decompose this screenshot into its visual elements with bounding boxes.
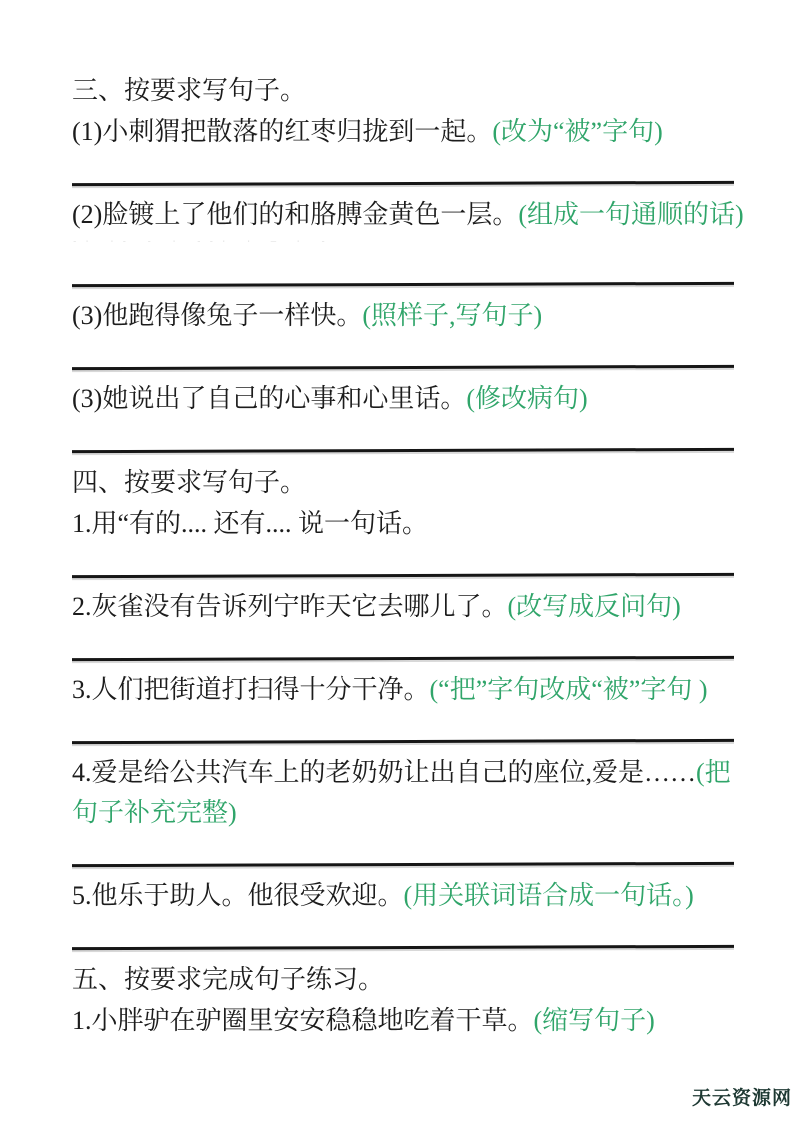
item-annotation: (照样子,写句子) [362,301,542,330]
answer-line [72,573,734,578]
faded-text-remnant: ‐· ·‐ ‐ · ‐‐· · — · ‐ [72,239,754,250]
worksheet-item: (3)他跑得像兔子一样快。(照样子,写句子) [72,296,754,336]
item-text: 1.小胖驴在驴圈里安安稳稳地吃着干草。 [72,1006,534,1035]
answer-line [72,181,734,186]
answer-line [72,282,734,287]
item-annotation: (“把”字句改成“被”字句 ) [430,675,708,704]
section-heading: 五、按要求完成句子练习。 [72,959,754,1001]
section-heading: 三、按要求写句子。 [72,70,754,112]
worksheet-item: 4.爱是给公共汽车上的老奶奶让出自己的座位,爱是……(把句子补充完整) [72,753,754,833]
item-text: 3.人们把街道打扫得十分干净。 [72,675,430,704]
section: 四、按要求写句子。1.用“有的.... 还有.... 说一句话。2.灰雀没有告诉… [72,462,754,949]
answer-line [72,656,734,661]
worksheet-item: 1.用“有的.... 还有.... 说一句话。 [72,504,754,544]
item-text: 2.灰雀没有告诉列宁昨天它去哪儿了。 [72,592,508,621]
item-annotation: (组成一句通顺的话) [518,200,743,229]
worksheet-item: 5.他乐于助人。他很受欢迎。(用关联词语合成一句话。) [72,876,754,916]
answer-line [72,945,734,950]
worksheet-item: 2.灰雀没有告诉列宁昨天它去哪儿了。(改写成反问句) [72,587,754,627]
worksheet-item: (2)脸镀上了他们的和胳膊金黄色一层。(组成一句通顺的话) [72,195,754,235]
answer-line [72,365,734,370]
item-annotation: (改为“被”字句) [492,117,662,146]
item-annotation: (改写成反问句) [508,592,681,621]
item-annotation: (用关联词语合成一句话。) [404,881,694,910]
section-heading: 四、按要求写句子。 [72,462,754,504]
item-text: (1)小刺猬把散落的红枣归拢到一起。 [72,117,492,146]
item-annotation: (修改病句) [466,384,587,413]
worksheet-item: (1)小刺猬把散落的红枣归拢到一起。(改为“被”字句) [72,112,754,152]
worksheet-item: (3)她说出了自己的心事和心里话。(修改病句) [72,379,754,419]
section: 三、按要求写句子。(1)小刺猬把散落的红枣归拢到一起。(改为“被”字句)(2)脸… [72,70,754,452]
watermark: 天云资源网 [692,1083,792,1110]
item-text: 5.他乐于助人。他很受欢迎。 [72,881,404,910]
item-text: (2)脸镀上了他们的和胳膊金黄色一层。 [72,200,518,229]
worksheet-item: 3.人们把街道打扫得十分干净。(“把”字句改成“被”字句 ) [72,670,754,710]
item-text: (3)她说出了自己的心事和心里话。 [72,384,466,413]
item-text: (3)他跑得像兔子一样快。 [72,301,362,330]
worksheet-item: 1.小胖驴在驴圈里安安稳稳地吃着干草。(缩写句子) [72,1001,754,1041]
item-text: 1.用“有的.... 还有.... 说一句话。 [72,509,428,538]
answer-line [72,739,734,744]
item-text: 4.爱是给公共汽车上的老奶奶让出自己的座位,爱是…… [72,758,696,787]
answer-line [72,448,734,453]
answer-line [72,862,734,867]
worksheet: 三、按要求写句子。(1)小刺猬把散落的红枣归拢到一起。(改为“被”字句)(2)脸… [0,0,754,1041]
item-annotation: (缩写句子) [534,1006,655,1035]
section: 五、按要求完成句子练习。1.小胖驴在驴圈里安安稳稳地吃着干草。(缩写句子) [72,959,754,1041]
